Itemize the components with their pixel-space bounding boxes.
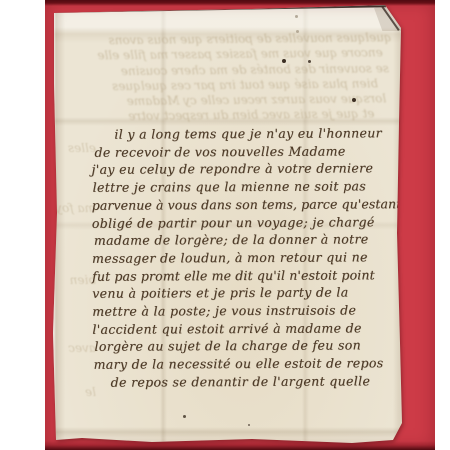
manuscript-line: l'accident qui estoit arrivé à madame de bbox=[92, 319, 396, 338]
bleedthrough-fragment: bien bbox=[54, 273, 96, 287]
ink-speck bbox=[183, 415, 186, 418]
manuscript-line: parvenue à vous dans son tems, parce qu'… bbox=[92, 195, 396, 214]
manuscript-line: de repos se denantir de l'argent quelle bbox=[111, 372, 397, 391]
bleedthrough-fragment: le bbox=[54, 385, 96, 399]
ink-speck bbox=[296, 30, 299, 33]
paper-wrap: quelques nouvelles de poitiers que nous … bbox=[52, 3, 402, 444]
bleedthrough-fragment: avec bbox=[54, 341, 96, 355]
manuscript-line: messager de loudun, à mon retour qui ne bbox=[92, 248, 396, 267]
bleedthrough-text: quelques nouvelles de poitiers que nous … bbox=[64, 30, 393, 125]
ink-speck bbox=[282, 59, 286, 63]
letter-text: il y a long tems que je n'ay eu l'honneu… bbox=[91, 124, 396, 391]
letter-paper: quelques nouvelles de poitiers que nous … bbox=[52, 3, 402, 444]
manuscript-line: il y a long tems que je n'ay eu l'honneu… bbox=[114, 124, 395, 143]
ink-speck bbox=[308, 60, 311, 63]
manuscript-line: fut pas promt elle me dit qu'il n'estoit… bbox=[92, 266, 396, 285]
manuscript-line: de recevoir de vos nouvelles Madame bbox=[94, 142, 395, 161]
bleedthrough-fragment: ma foy bbox=[54, 201, 96, 215]
ink-speck bbox=[248, 424, 250, 426]
manuscript-line: mettre à la poste; je vous instruisois d… bbox=[92, 301, 396, 320]
bleedthrough-line: et que je suis avec bien du respect votr… bbox=[64, 107, 374, 126]
paper-top-edge bbox=[54, 5, 386, 13]
manuscript-line: madame de lorgère; de la donner à notre bbox=[94, 230, 396, 249]
manuscript-line: mary de la necessité ou elle estoit de r… bbox=[94, 354, 397, 373]
manuscript-line: lorgère au sujet de la charge de feu son bbox=[94, 337, 396, 356]
ink-speck bbox=[295, 15, 298, 18]
bleedthrough-fragment: elles bbox=[54, 141, 96, 155]
manuscript-line: obligé de partir pour un voyage; je char… bbox=[92, 213, 396, 232]
letter-photo: quelques nouvelles de poitiers que nous … bbox=[45, 0, 435, 450]
manuscript-line: j'ay eu celuy de repondre à votre dernie… bbox=[91, 160, 395, 179]
ink-speck bbox=[352, 98, 356, 102]
manuscript-line: venu à poitiers et je pris le party de l… bbox=[92, 284, 396, 303]
manuscript-line: lettre je crains que la mienne ne soit p… bbox=[93, 177, 396, 196]
scene: quelques nouvelles de poitiers que nous … bbox=[0, 0, 450, 450]
